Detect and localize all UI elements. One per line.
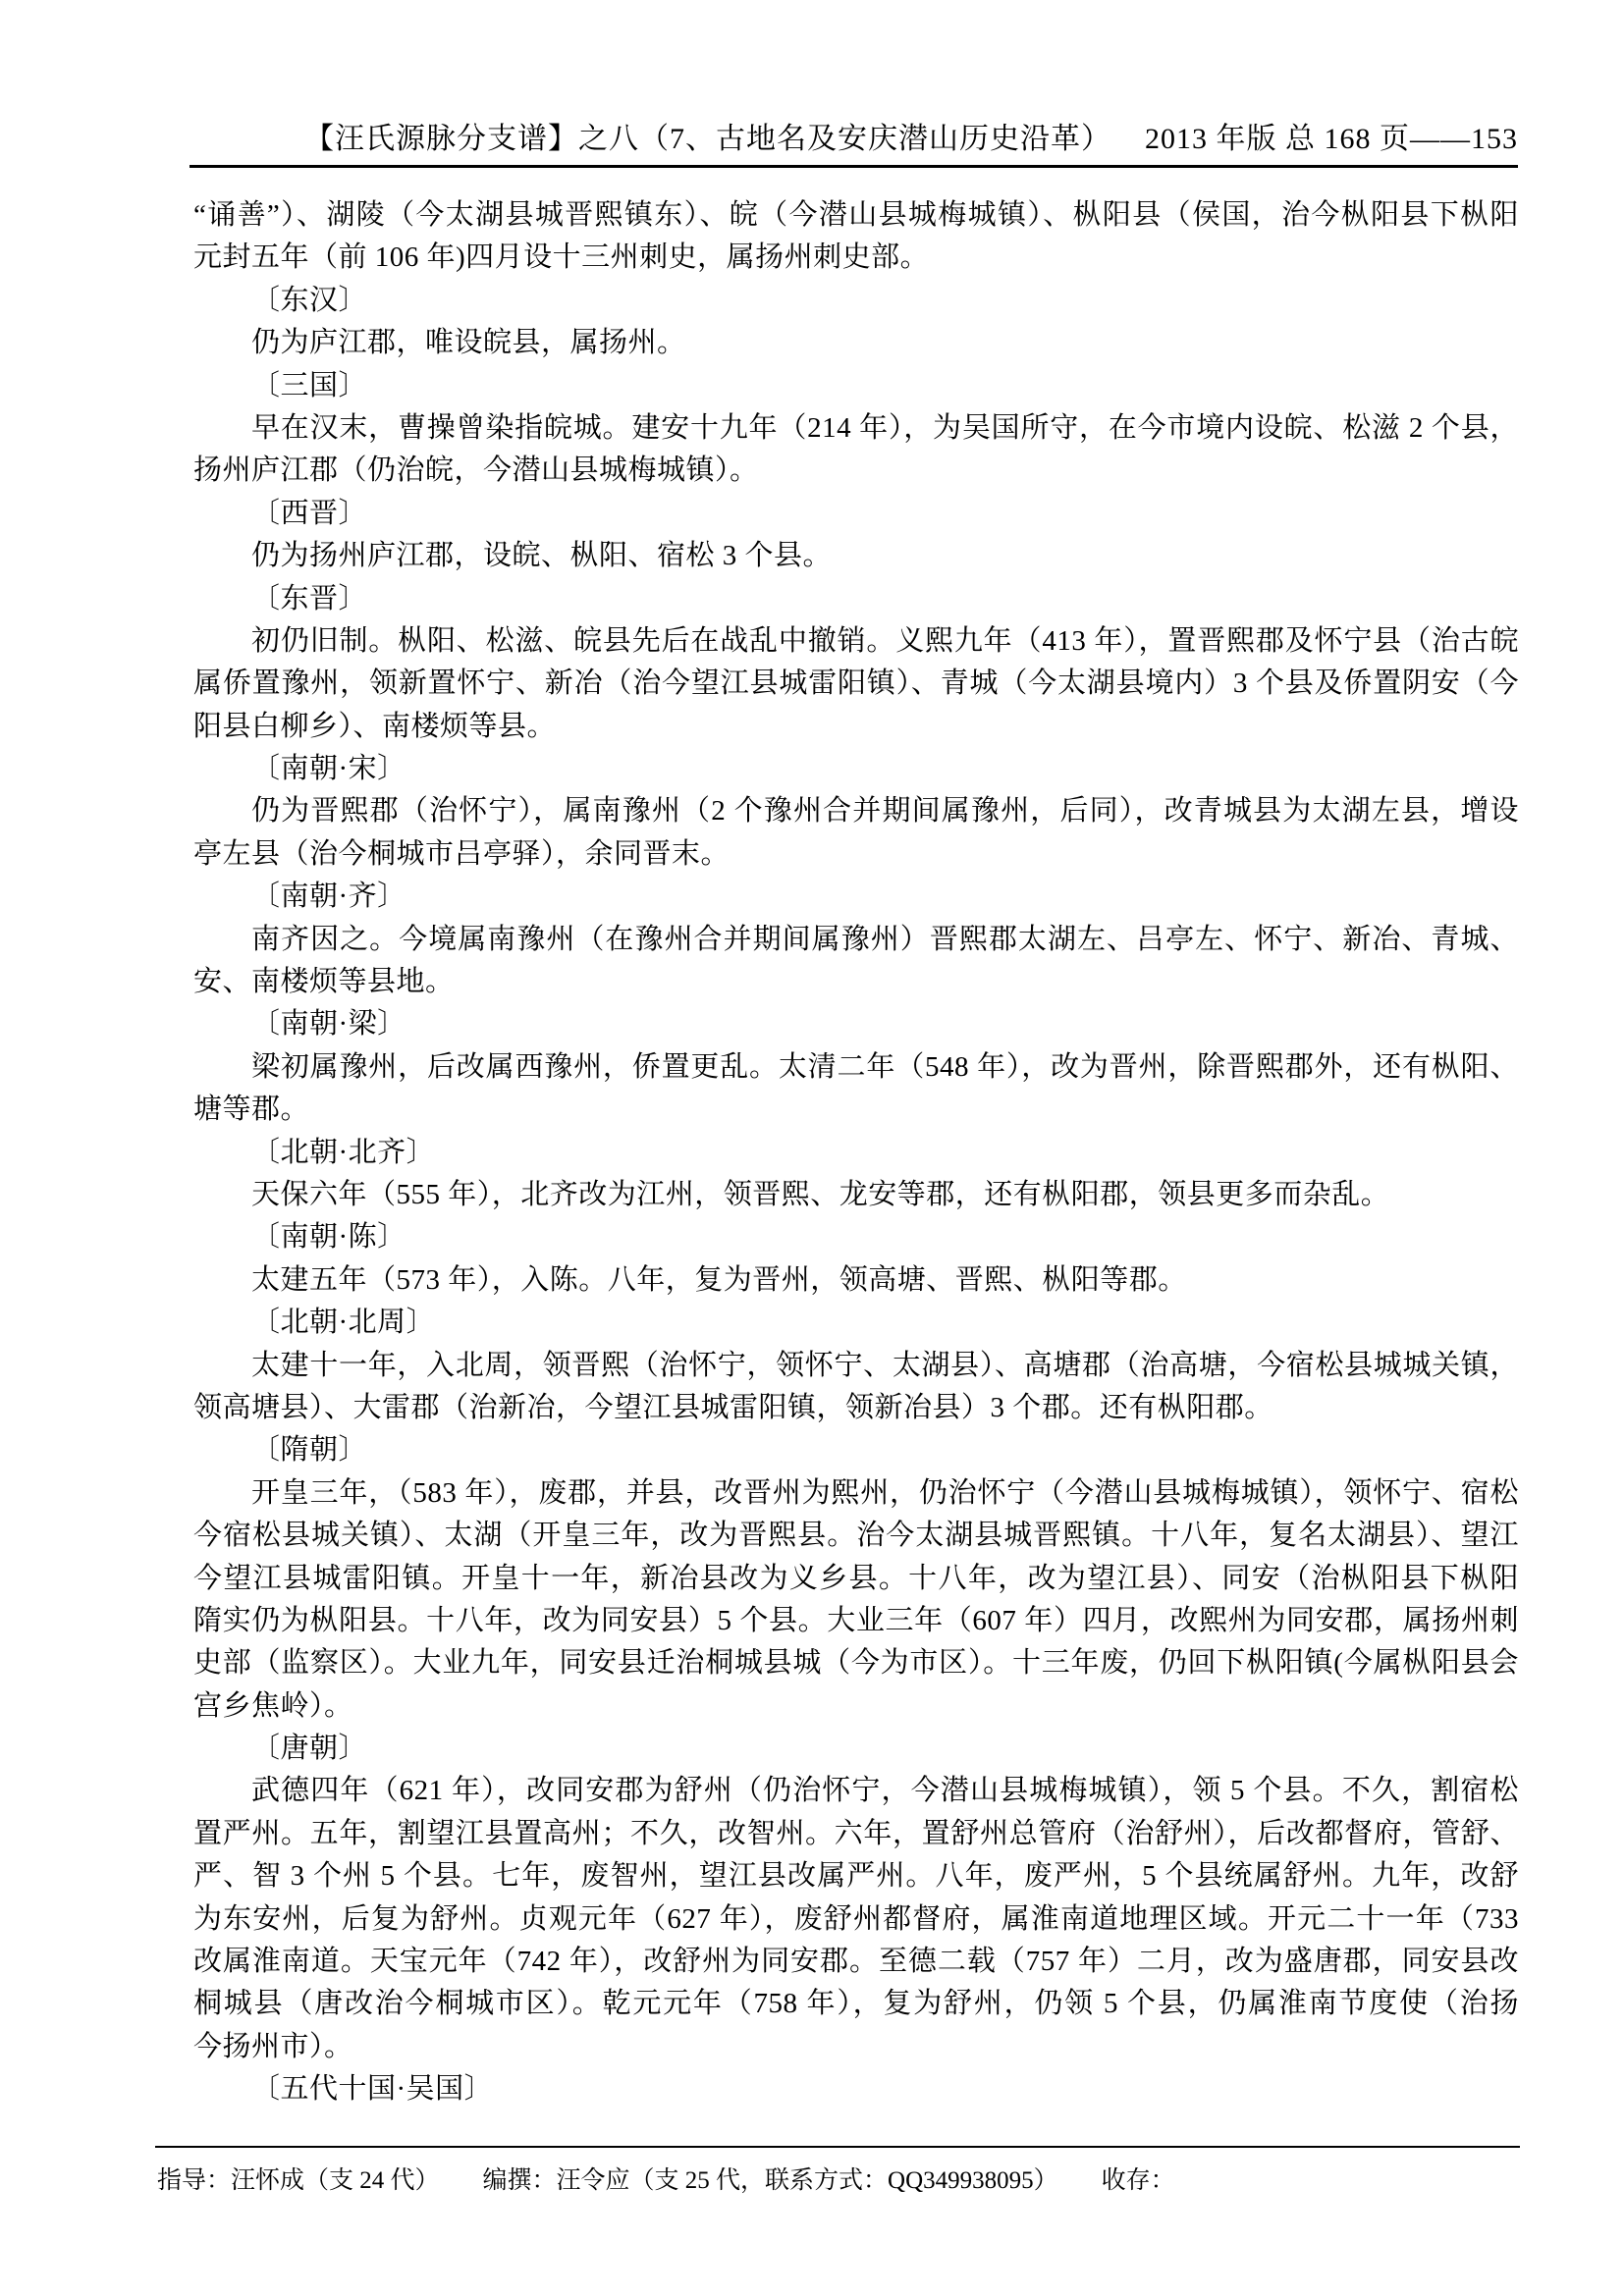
header-title: 【汪氏源脉分支谱】之八（7、古地名及安庆潜山历史沿革） <box>304 114 1111 157</box>
text-line: 改属淮南道。天宝元年（742 年），改舒州为同安郡。至德二载（757 年）二月，… <box>193 1941 1519 1983</box>
text-line: 史部（监察区）。大业九年，同安县迁治桐城县城（今为市区）。十三年废，仍回下枞阳镇… <box>193 1642 1519 1684</box>
text-line: 隋实仍为枞阳县。十八年，改为同安县）5 个县。大业三年（607 年）四月，改熙州… <box>193 1600 1519 1642</box>
text-line: 安、南楼烦等县地。 <box>193 961 1519 1003</box>
text-line: 早在汉末，曹操曾染指皖城。建安十九年（214 年），为吴国所守，在今市境内设皖、… <box>193 407 1519 450</box>
text-line: 梁初属豫州，后改属西豫州，侨置更乱。太清二年（548 年），改为晋州，除晋熙郡外… <box>193 1046 1519 1089</box>
text-line: 领高塘县）、大雷郡（治新冶，今望江县城雷阳镇，领新冶县）3 个郡。还有枞阳郡。 <box>193 1387 1519 1429</box>
text-line: 严、智 3 个州 5 个县。七年，废智州，望江县改属严州。八年，废严州，5 个县… <box>193 1855 1519 1897</box>
section-heading: 〔唐朝〕 <box>193 1728 1519 1770</box>
text-line: 为东安州，后复为舒州。贞观元年（627 年），废舒州都督府，属淮南道地理区域。开… <box>193 1898 1519 1941</box>
text-line: 置严州。五年，割望江县置高州；不久，改智州。六年，置舒州总管府（治舒州），后改都… <box>193 1813 1519 1855</box>
footer-archive: 收存： <box>1102 2162 1175 2201</box>
text-line: 宫乡焦岭）。 <box>193 1685 1519 1728</box>
section-heading: 〔隋朝〕 <box>193 1429 1519 1471</box>
section-heading: 〔北朝·北周〕 <box>193 1302 1519 1344</box>
section-heading: 〔西晋〕 <box>193 493 1519 535</box>
text-line: 仍为扬州庐江郡，设皖、枞阳、宿松 3 个县。 <box>193 535 1519 577</box>
text-line: 阳县白柳乡）、南楼烦等县。 <box>193 706 1519 748</box>
document-page: 【汪氏源脉分支谱】之八（7、古地名及安庆潜山历史沿革） 2013 年版 总 16… <box>0 0 1624 2296</box>
text-line: 塘等郡。 <box>193 1089 1519 1131</box>
text-line: 仍为庐江郡，唯设皖县，属扬州。 <box>193 322 1519 364</box>
text-line: 元封五年（前 106 年)四月设十三州刺史，属扬州刺史部。 <box>193 237 1519 279</box>
section-heading: 〔南朝·宋〕 <box>193 748 1519 790</box>
text-line: 扬州庐江郡（仍治皖，今潜山县城梅城镇）。 <box>193 450 1519 492</box>
section-heading: 〔南朝·陈〕 <box>193 1216 1519 1258</box>
section-heading: 〔南朝·齐〕 <box>193 876 1519 918</box>
section-heading: 〔三国〕 <box>193 365 1519 407</box>
section-heading: 〔五代十国·吴国〕 <box>193 2068 1519 2110</box>
text-line: 今宿松县城关镇）、太湖（开皇三年，改为晋熙县。治今太湖县城晋熙镇。十八年，复名太… <box>193 1515 1519 1557</box>
footer-compiler: 编撰：汪令应（支 25 代，联系方式：QQ349938095） <box>483 2162 1058 2201</box>
text-line: 太建五年（573 年），入陈。八年，复为晋州，领高塘、晋熙、枞阳等郡。 <box>193 1259 1519 1302</box>
page-header: 【汪氏源脉分支谱】之八（7、古地名及安庆潜山历史沿革） 2013 年版 总 16… <box>192 114 1518 157</box>
text-line: 初仍旧制。枞阳、松滋、皖县先后在战乱中撤销。义熙九年（413 年），置晋熙郡及怀… <box>193 620 1519 663</box>
footer-supervisor: 指导：汪怀成（支 24 代） <box>157 2162 440 2201</box>
footer-divider <box>155 2146 1520 2148</box>
text-line: 桐城县（唐改治今桐城市区）。乾元元年（758 年），复为舒州，仍领 5 个县，仍… <box>193 1983 1519 2025</box>
text-line: 今望江县城雷阳镇。开皇十一年，新冶县改为义乡县。十八年，改为望江县）、同安（治枞… <box>193 1558 1519 1600</box>
section-heading: 〔北朝·北齐〕 <box>193 1132 1519 1174</box>
section-heading: 〔东汉〕 <box>193 280 1519 322</box>
text-line: 天保六年（555 年），北齐改为江州，领晋熙、龙安等郡，还有枞阳郡，领县更多而杂… <box>193 1174 1519 1216</box>
text-line: “诵善”）、湖陵（今太湖县城晋熙镇东）、皖（今潜山县城梅城镇）、枞阳县（侯国，治… <box>193 194 1519 237</box>
document-body: “诵善”）、湖陵（今太湖县城晋熙镇东）、皖（今潜山县城梅城镇）、枞阳县（侯国，治… <box>193 194 1519 2111</box>
text-line: 南齐因之。今境属南豫州（在豫州合并期间属豫州）晋熙郡太湖左、吕亭左、怀宁、新冶、… <box>193 919 1519 961</box>
section-heading: 〔南朝·梁〕 <box>193 1003 1519 1045</box>
text-line: 太建十一年，入北周，领晋熙（治怀宁，领怀宁、太湖县）、高塘郡（治高塘，今宿松县城… <box>193 1345 1519 1387</box>
section-heading: 〔东晋〕 <box>193 578 1519 620</box>
page-footer: 指导：汪怀成（支 24 代） 编撰：汪令应（支 25 代，联系方式：QQ3499… <box>157 2162 1524 2201</box>
text-line: 今扬州市）。 <box>193 2026 1519 2068</box>
text-line: 属侨置豫州，领新置怀宁、新冶（治今望江县城雷阳镇）、青城（今太湖县境内）3 个县… <box>193 663 1519 705</box>
text-line: 武德四年（621 年），改同安郡为舒州（仍治怀宁，今潜山县城梅城镇），领 5 个… <box>193 1770 1519 1812</box>
header-divider <box>189 165 1518 168</box>
text-line: 亭左县（治今桐城市吕亭驿），余同晋末。 <box>193 833 1519 876</box>
header-edition-page-number: 2013 年版 总 168 页——153 <box>1145 114 1518 157</box>
text-line: 仍为晋熙郡（治怀宁），属南豫州（2 个豫州合并期间属豫州，后同），改青城县为太湖… <box>193 790 1519 832</box>
text-line: 开皇三年，（583 年），废郡，并县，改晋州为熙州，仍治怀宁（今潜山县城梅城镇）… <box>193 1472 1519 1515</box>
